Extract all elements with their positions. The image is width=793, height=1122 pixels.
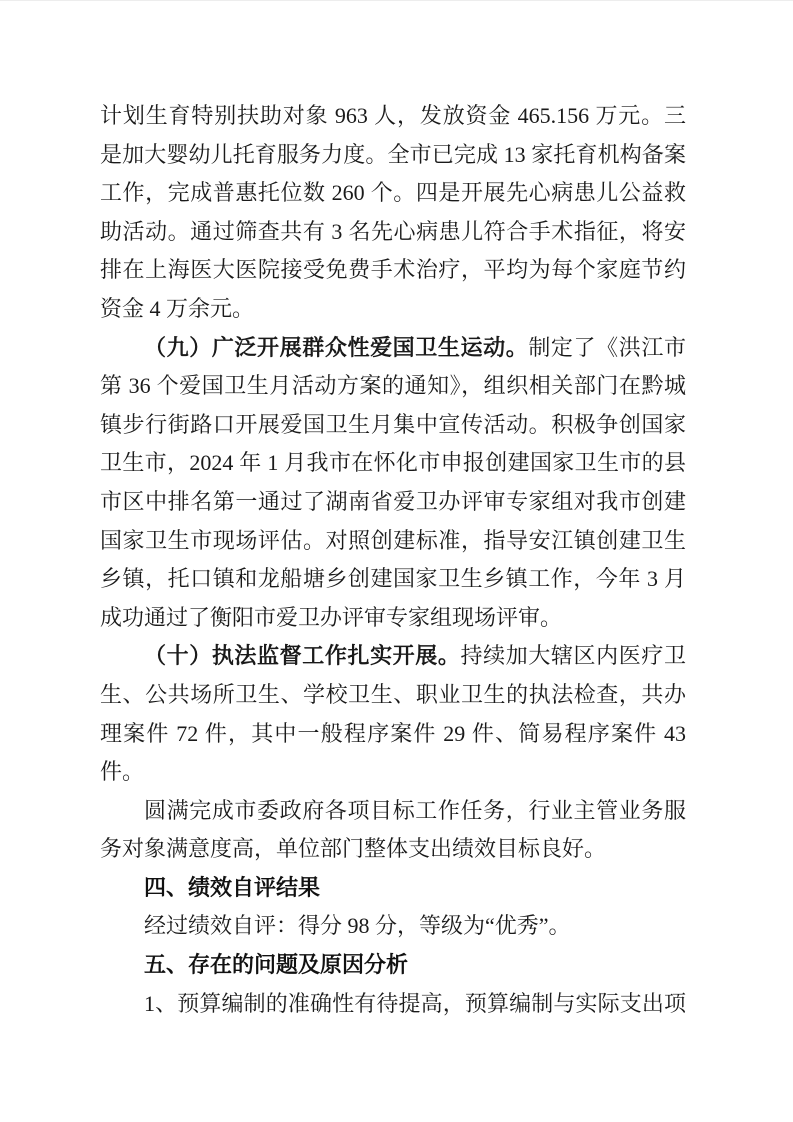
paragraph-item-9: （九）广泛开展群众性爱国卫生运动。制定了《洪江市第 36 个爱国卫生月活动方案的… <box>100 329 686 638</box>
paragraph-text: 制定了《洪江市第 36 个爱国卫生月活动方案的通知》，组织相关部门在黔城镇步行街… <box>100 335 686 630</box>
paragraph-summary: 圆满完成市委政府各项目标工作任务，行业主管业务服务对象满意度高，单位部门整体支出… <box>100 792 686 869</box>
paragraph-text: 圆满完成市委政府各项目标工作任务，行业主管业务服务对象满意度高，单位部门整体支出… <box>100 798 686 862</box>
document-page: 计划生育特别扶助对象 963 人，发放资金 465.156 万元。三是加大婴幼儿… <box>0 0 793 1122</box>
paragraph-bold-lead: （九）广泛开展群众性爱国卫生运动。 <box>144 335 528 360</box>
paragraph-text: 经过绩效自评：得分 98 分，等级为“优秀”。 <box>144 913 571 938</box>
paragraph-text: 计划生育特别扶助对象 963 人，发放资金 465.156 万元。三是加大婴幼儿… <box>100 103 686 321</box>
paragraph-text: 1、预算编制的准确性有待提高，预算编制与实际支出项 <box>144 991 686 1016</box>
paragraph-item-10: （十）执法监督工作扎实开展。持续加大辖区内医疗卫生、公共场所卫生、学校卫生、职业… <box>100 637 686 791</box>
page-content: 计划生育特别扶助对象 963 人，发放资金 465.156 万元。三是加大婴幼儿… <box>100 97 686 1023</box>
paragraph-problem-1-cutoff: 1、预算编制的准确性有待提高，预算编制与实际支出项 <box>100 985 686 1024</box>
section-heading-4: 四、绩效自评结果 <box>100 869 686 908</box>
paragraph-bold-lead: （十）执法监督工作扎实开展。 <box>144 643 461 668</box>
section-heading-5: 五、存在的问题及原因分析 <box>100 946 686 985</box>
paragraph-continuation: 计划生育特别扶助对象 963 人，发放资金 465.156 万元。三是加大婴幼儿… <box>100 97 686 329</box>
paragraph-self-evaluation: 经过绩效自评：得分 98 分，等级为“优秀”。 <box>100 907 686 946</box>
